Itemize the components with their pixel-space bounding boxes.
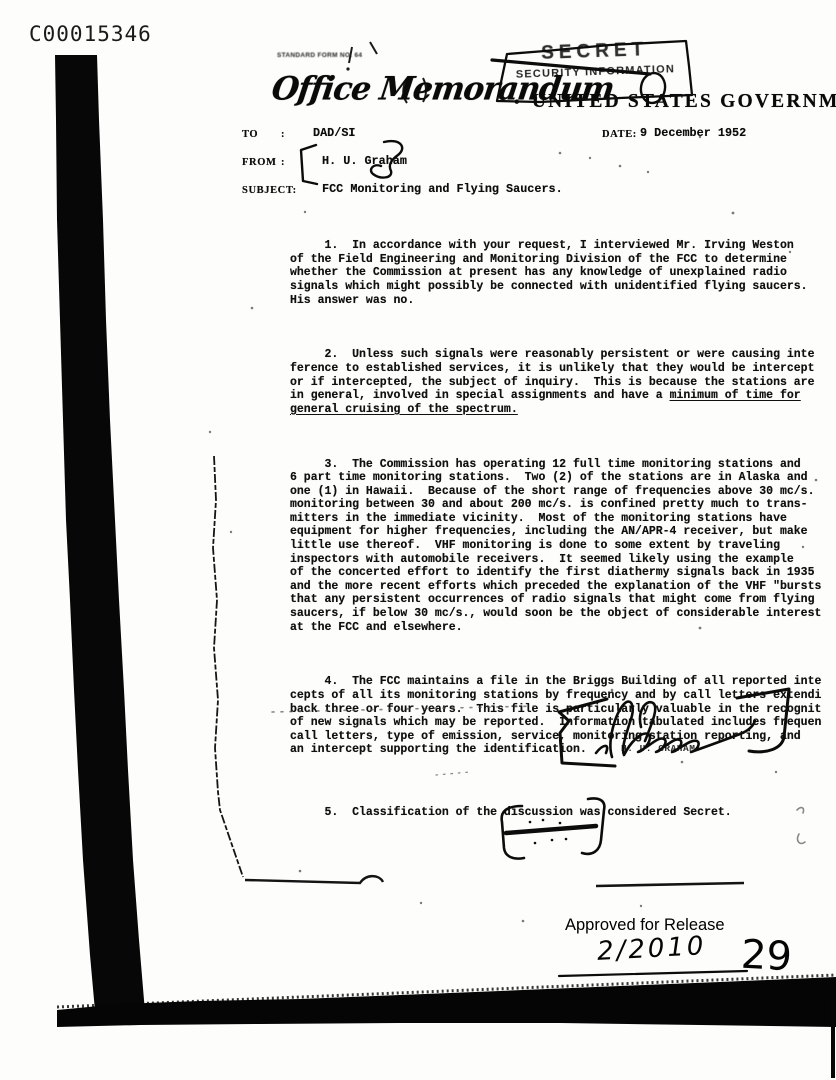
- subject-label: SUBJECT:: [242, 186, 297, 197]
- left-ink-streak: [55, 55, 146, 1022]
- paper-edge-line: [213, 456, 243, 877]
- release-underline: [559, 971, 747, 976]
- to-colon: :: [281, 130, 285, 141]
- paragraph-2-underlined-2: general cruising of the spectrum.: [290, 403, 518, 416]
- subject-value: FCC Monitoring and Flying Saucers.: [322, 184, 563, 196]
- classification-stamp: SECRET SECURITY INFORMATION: [499, 39, 690, 82]
- paragraph-2: 2. Unless such signals were reasonably p…: [290, 348, 836, 416]
- memo-page: C00015346 STANDARD FORM NO. 64 Office Me…: [0, 0, 836, 1080]
- from-bracket-left: [301, 145, 317, 184]
- right-edge-line: [831, 998, 835, 1078]
- from-value: H. U. Graham: [322, 156, 407, 168]
- org-title-text: UNITED STATES GOVERNMENT: [532, 91, 836, 112]
- paragraph-2-underlined-1: minimum of time for: [670, 389, 801, 402]
- to-label: TO: [242, 130, 258, 141]
- bottom-band-fuzz: [57, 975, 836, 1007]
- org-title: •UNITED STATES GOVERNMENT: [514, 92, 836, 112]
- memo-body: 1. In accordance with your request, I in…: [290, 212, 836, 861]
- document-serial-number: C00015346: [29, 24, 152, 45]
- paragraph-5: 5. Classification of the discussion was …: [290, 806, 836, 820]
- paper-edge-bottom-left: [245, 876, 383, 883]
- from-label: FROM: [242, 158, 276, 169]
- to-value: DAD/SI: [313, 128, 355, 140]
- bottom-ink-band: [57, 977, 836, 1027]
- paragraph-3: 3. The Commission has operating 12 full …: [290, 458, 836, 635]
- page-number-handwritten: 29: [740, 935, 793, 978]
- date-label: DATE:: [602, 130, 637, 141]
- title-bullet: •: [514, 94, 522, 111]
- release-date-handwritten: 2/2010: [596, 933, 707, 965]
- from-colon: :: [281, 158, 285, 169]
- paragraph-4: 4. The FCC maintains a file in the Brigg…: [290, 675, 836, 757]
- typed-signature-name: H. U. GRAHAM: [621, 744, 695, 754]
- form-number: STANDARD FORM NO. 64: [277, 53, 377, 60]
- paper-edge-bottom-right: [596, 883, 744, 886]
- date-value: 9 December 1952: [640, 128, 746, 140]
- paragraph-1: 1. In accordance with your request, I in…: [290, 239, 836, 307]
- secret-stamp-text: SECRET: [499, 39, 690, 65]
